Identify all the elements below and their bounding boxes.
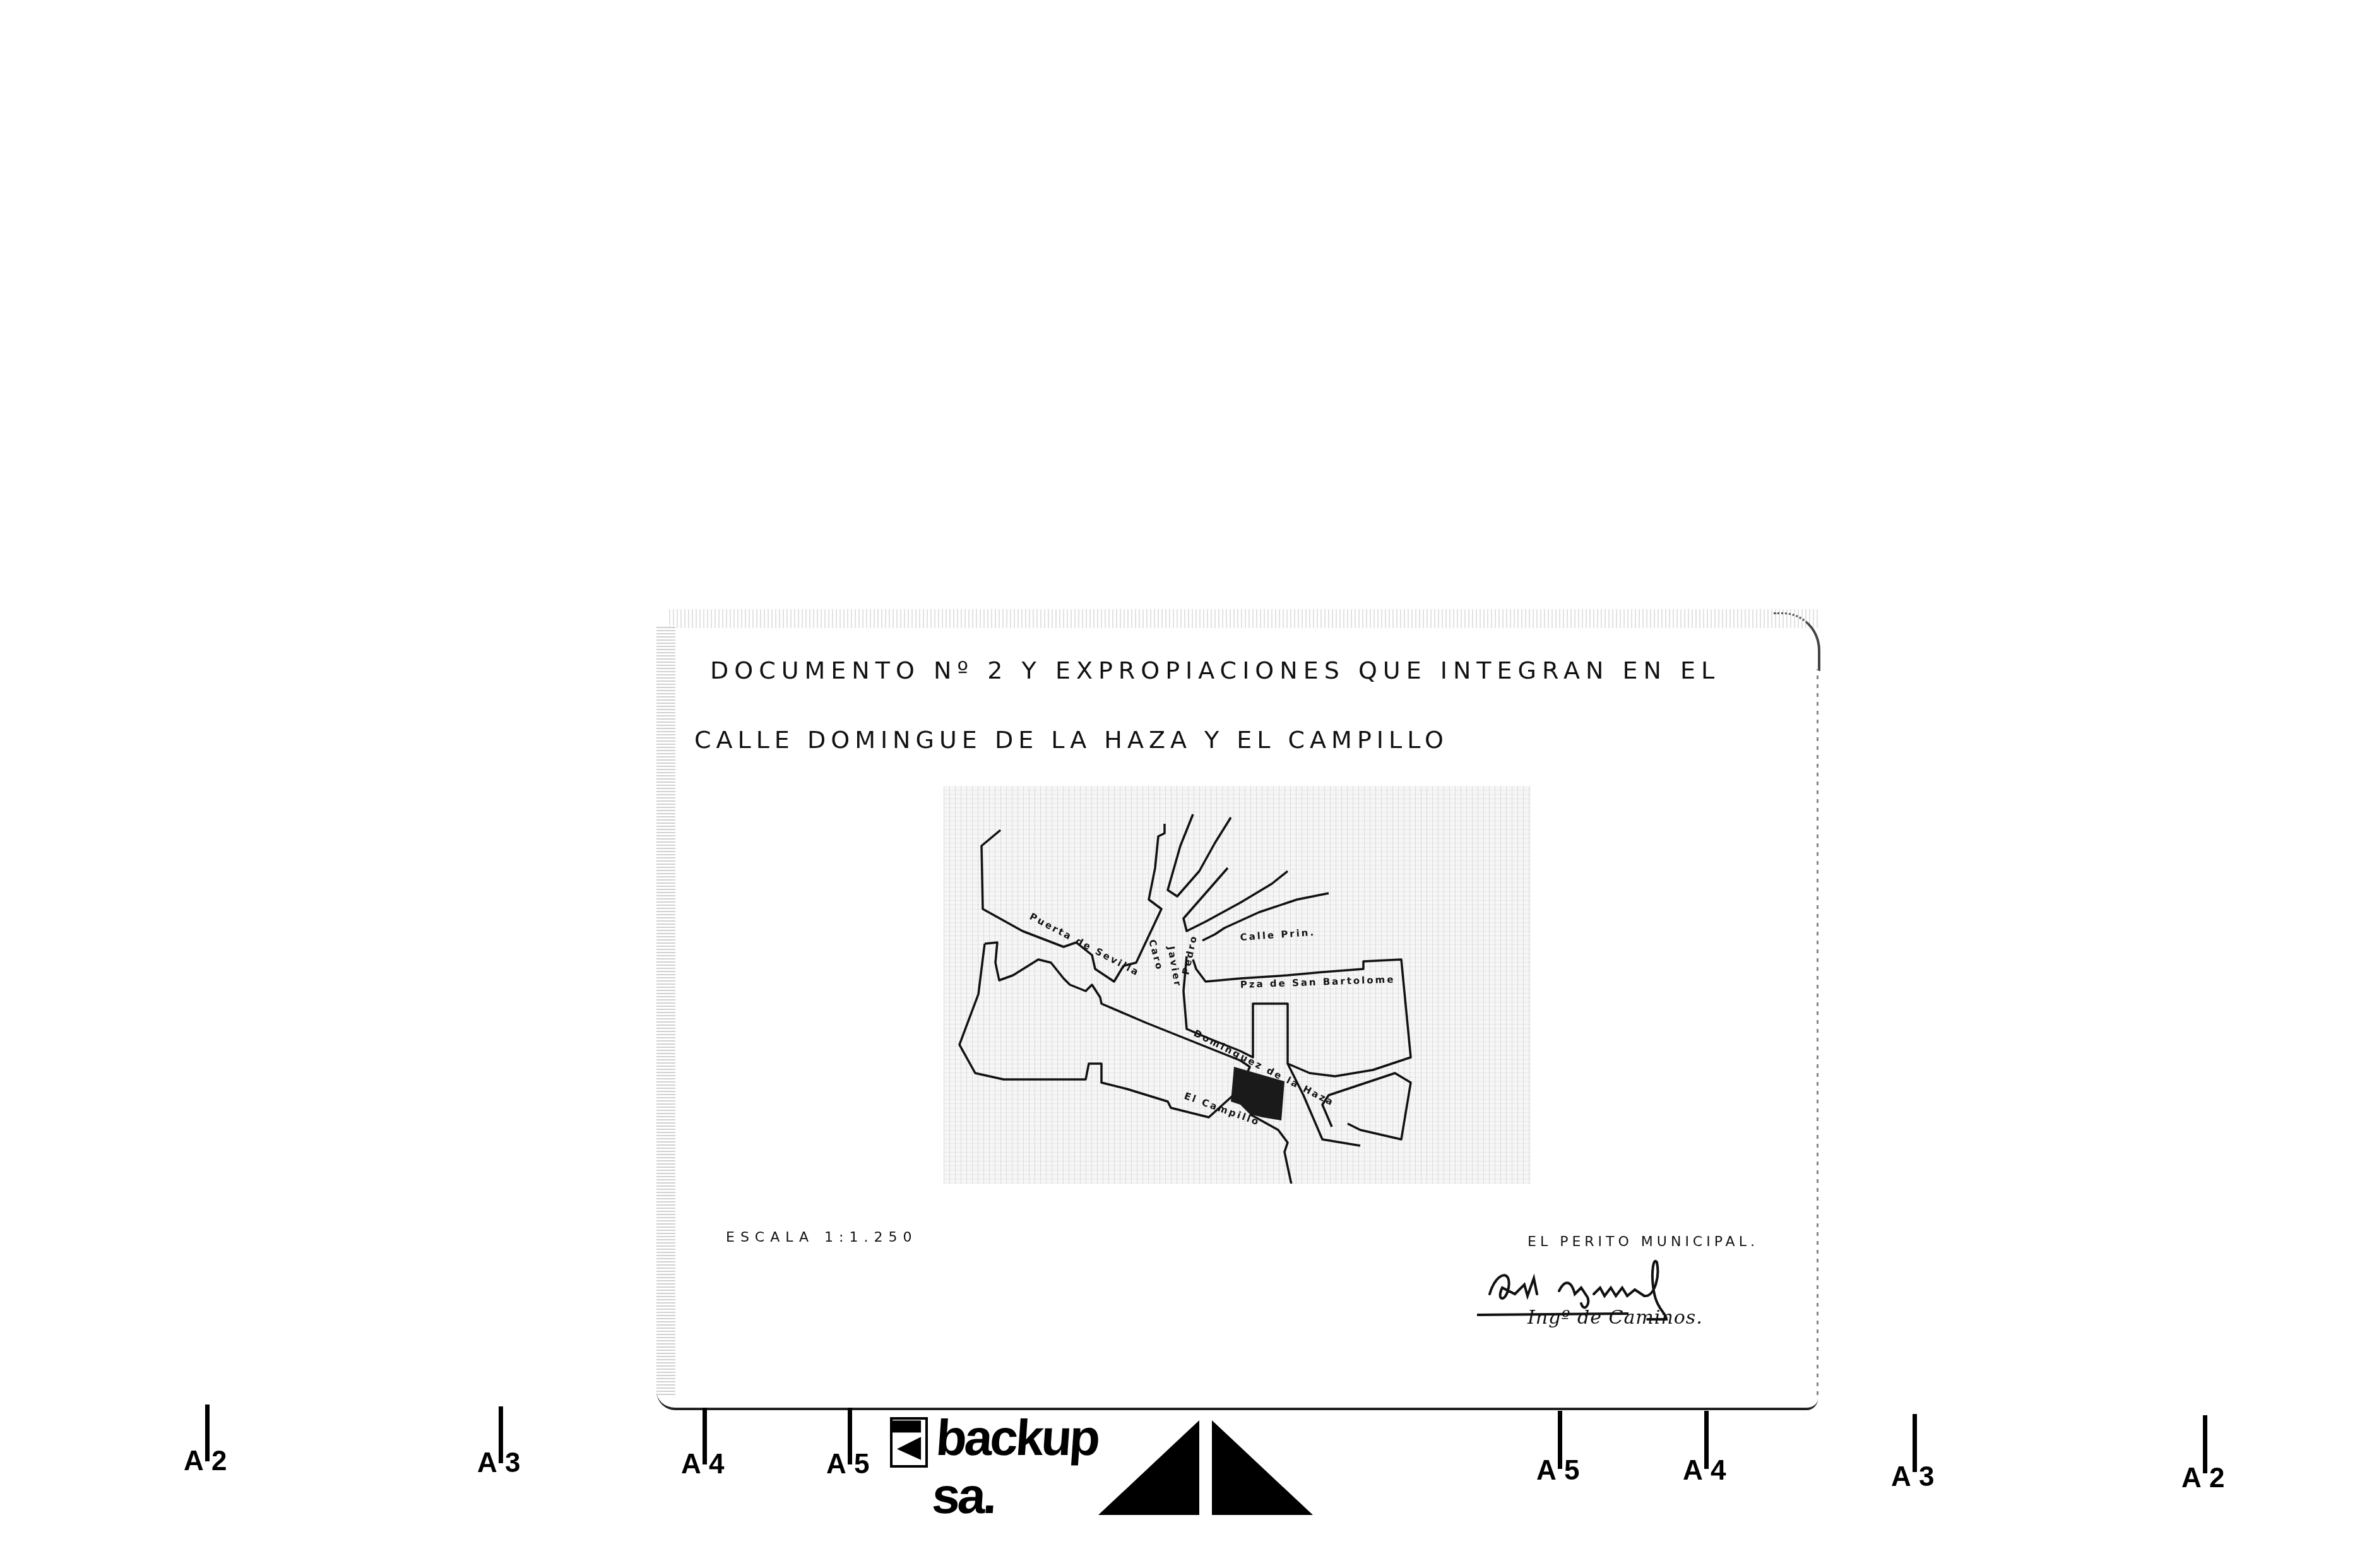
mark-number: 5 [854, 1449, 869, 1480]
mark-bar [1558, 1411, 1562, 1469]
mark-number: 2 [211, 1446, 227, 1477]
street-map-drawing: Puerta de Sevilla Caro Javier Pedro Call… [944, 786, 1531, 1184]
street-label-puerta-sevilla: Puerta de Sevilla [1028, 911, 1142, 979]
signatory-title: Ingº de Caminos. [1528, 1307, 1703, 1329]
mark-number: 4 [709, 1449, 724, 1480]
street-map: Puerta de Sevilla Caro Javier Pedro Call… [944, 786, 1531, 1184]
mark-letter: A [681, 1449, 701, 1480]
document-subtitle: Calle Domingue de la Haza y El Campillo [694, 726, 1449, 754]
mark-number: 4 [1711, 1455, 1726, 1487]
mark-number: 3 [1919, 1461, 1934, 1493]
mark-letter: A [2181, 1463, 2202, 1494]
street-label-caro: Caro [1146, 938, 1166, 972]
mark-number: 5 [1564, 1455, 1579, 1487]
backup-box-icon [890, 1417, 928, 1468]
mark-letter: A [1536, 1455, 1557, 1487]
mark-bar [1704, 1411, 1709, 1469]
mark-letter: A [826, 1449, 846, 1480]
mark-bar [848, 1408, 852, 1464]
street-label-calle-prin: Calle Prin. [1240, 927, 1316, 943]
center-triangles [1098, 1420, 1313, 1518]
mark-letter: A [1891, 1461, 1911, 1493]
mark-bar [499, 1406, 503, 1463]
mark-bar [1913, 1414, 1917, 1472]
mark-letter: A [184, 1446, 204, 1477]
mark-letter: A [477, 1447, 497, 1479]
mark-bar [703, 1408, 707, 1464]
mark-number: 2 [2209, 1463, 2224, 1494]
paper-edge-right [1817, 669, 1818, 1395]
triangle-marks [1098, 1420, 1313, 1518]
paper-edge-top [669, 609, 1818, 628]
signatory-role: El Perito Municipal. [1528, 1234, 1759, 1250]
map-scale: Escala 1:1.250 [726, 1230, 917, 1245]
mark-bar [2203, 1415, 2207, 1473]
paper-edge-left [656, 625, 675, 1395]
document-title: Documento nº 2 y Expropiaciones que inte… [710, 656, 1720, 684]
mark-bar [205, 1405, 210, 1461]
mark-letter: A [1683, 1455, 1703, 1487]
mark-number: 3 [505, 1447, 520, 1479]
